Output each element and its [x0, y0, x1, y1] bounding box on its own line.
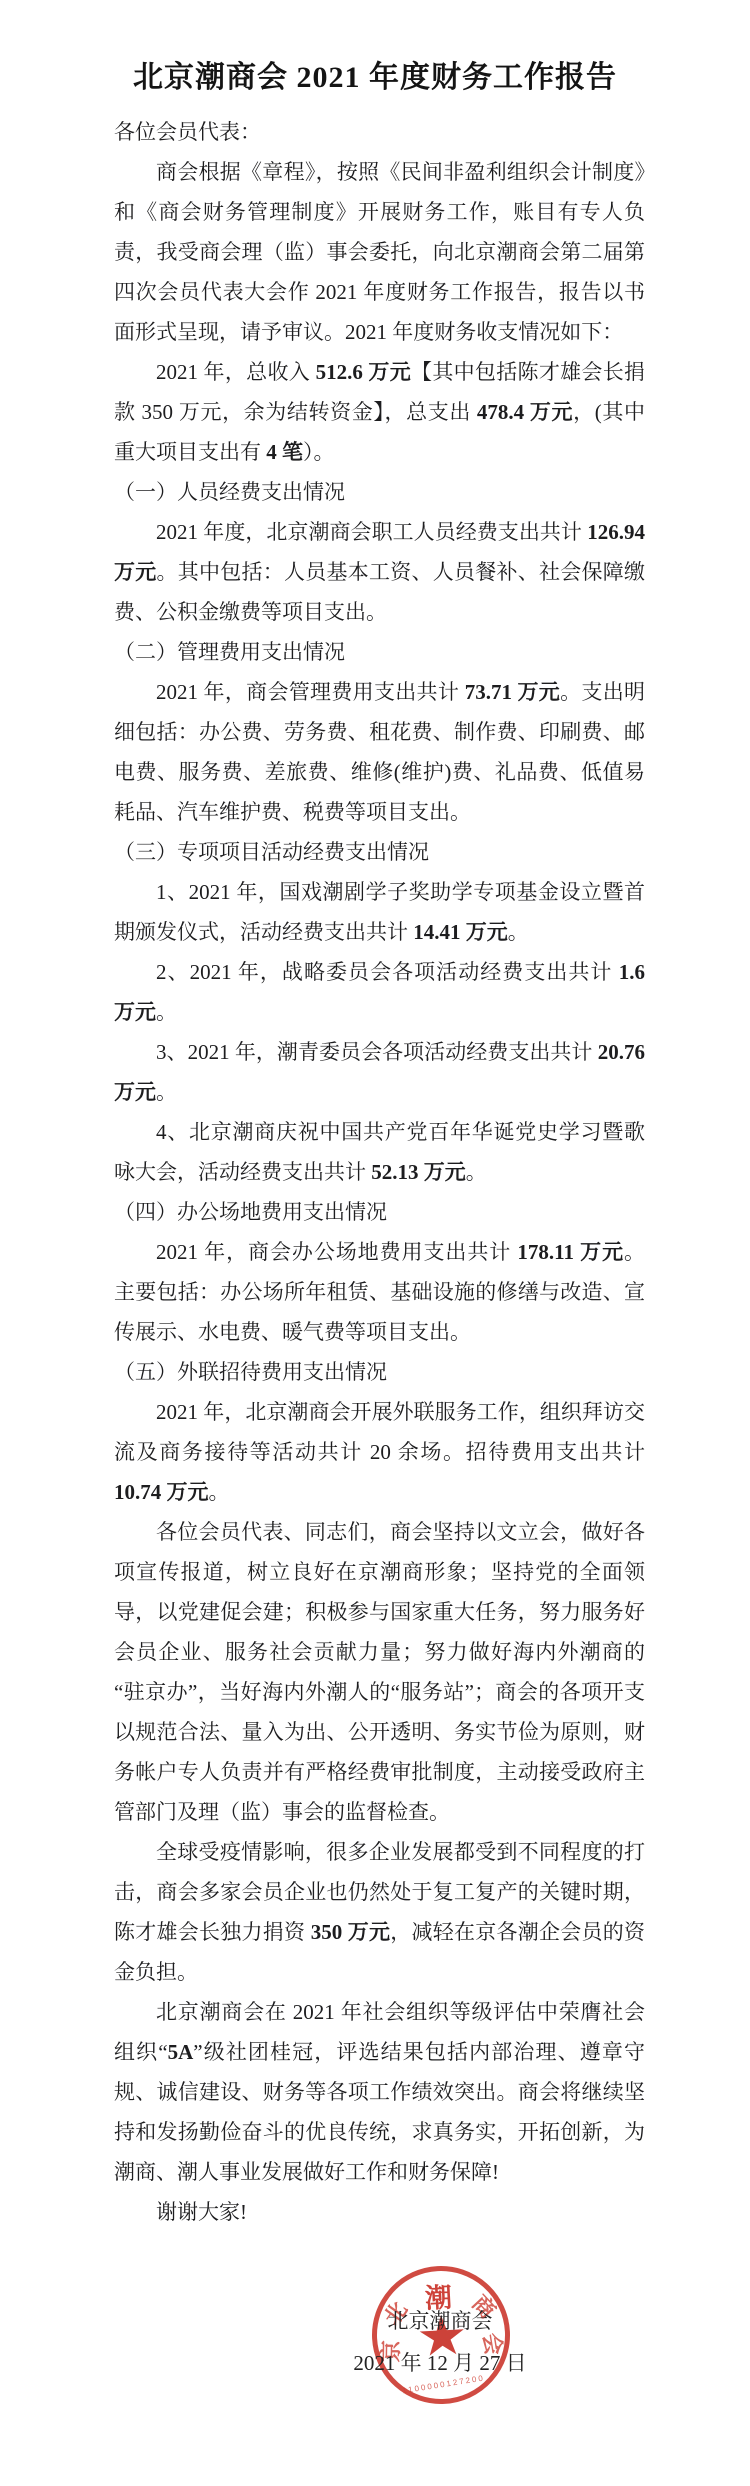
paragraph: 2021 年度，北京潮商会职工人员经费支出共计 126.94 万元。其中包括：人…: [114, 512, 645, 632]
paragraph: 2、2021 年，战略委员会各项活动经费支出共计 1.6 万元。: [114, 952, 645, 1032]
paragraph: 2021 年，商会管理费用支出共计 73.71 万元。支出明细包括：办公费、劳务…: [114, 672, 645, 832]
paragraph: 1、2021 年，国戏潮剧学子奖助学专项基金设立暨首期颁发仪式，活动经费支出共计…: [114, 872, 645, 952]
paragraph: 谢谢大家!: [114, 2192, 645, 2232]
paragraph: 2021 年，总收入 512.6 万元【其中包括陈才雄会长捐款 350 万元，余…: [114, 352, 645, 472]
paragraph: 2021 年，北京潮商会开展外联服务工作，组织拜访交流及商务接待等活动共计 20…: [114, 1392, 645, 1512]
paragraph: 各位会员代表：: [114, 112, 645, 152]
signature-block: 北京潮商会 2021 年 12 月 27 日: [295, 2300, 585, 2384]
report-page: 北京潮商会 2021 年度财务工作报告 各位会员代表：商会根据《章程》，按照《民…: [0, 0, 750, 2486]
section-heading: （三）专项项目活动经费支出情况: [114, 832, 645, 872]
paragraph: 2021 年，商会办公场地费用支出共计 178.11 万元。主要包括：办公场所年…: [114, 1232, 645, 1352]
section-heading: （五）外联招待费用支出情况: [114, 1352, 645, 1392]
paragraph: 全球受疫情影响，很多企业发展都受到不同程度的打击，商会多家会员企业也仍然处于复工…: [114, 1832, 645, 1992]
section-heading: （二）管理费用支出情况: [114, 632, 645, 672]
document-body: 各位会员代表：商会根据《章程》，按照《民间非盈利组织会计制度》和《商会财务管理制…: [0, 112, 750, 2232]
signature-org: 北京潮商会: [295, 2300, 585, 2342]
paragraph: 4、北京潮商庆祝中国共产党百年华诞党史学习暨歌咏大会，活动经费支出共计 52.1…: [114, 1112, 645, 1192]
paragraph: 3、2021 年，潮青委员会各项活动经费支出共计 20.76 万元。: [114, 1032, 645, 1112]
section-heading: （一）人员经费支出情况: [114, 472, 645, 512]
document-title: 北京潮商会 2021 年度财务工作报告: [40, 58, 710, 98]
paragraph: 商会根据《章程》，按照《民间非盈利组织会计制度》和《商会财务管理制度》开展财务工…: [114, 152, 645, 352]
section-heading: （四）办公场地费用支出情况: [114, 1192, 645, 1232]
paragraph: 北京潮商会在 2021 年社会组织等级评估中荣膺社会组织“5A”级社团桂冠，评选…: [114, 1992, 645, 2192]
paragraph: 各位会员代表、同志们，商会坚持以文立会，做好各项宣传报道，树立良好在京潮商形象；…: [114, 1512, 645, 1832]
signature-date: 2021 年 12 月 27 日: [295, 2342, 585, 2384]
